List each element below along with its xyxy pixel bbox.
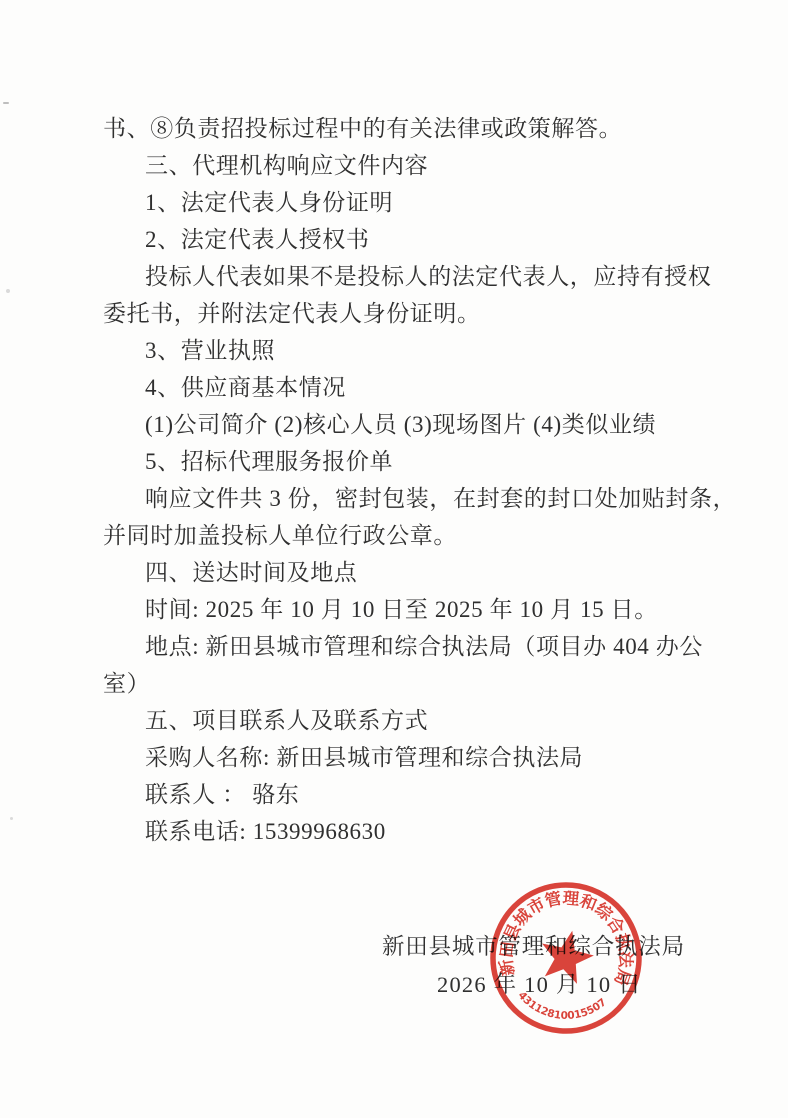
doc-line-contact-person: 联系人 ： 骆东	[103, 776, 715, 813]
doc-line: 2、法定代表人授权书	[103, 221, 715, 258]
doc-line: 3、营业执照	[103, 332, 715, 369]
doc-line-section-5: 五、项目联系人及联系方式	[103, 702, 715, 739]
doc-line: (1)公司简介 (2)核心人员 (3)现场图片 (4)类似业绩	[103, 406, 715, 443]
document-page: 书、⑧负责招投标过程中的有关法律或政策解答。 三、代理机构响应文件内容 1、法定…	[0, 0, 788, 1118]
scan-speck	[10, 817, 13, 820]
doc-line-purchaser: 采购人名称: 新田县城市管理和综合执法局	[103, 739, 715, 776]
doc-line: 投标人代表如果不是投标人的法定代表人，应持有授权	[103, 258, 715, 295]
seal-star-icon	[535, 925, 598, 986]
scan-speck	[3, 102, 9, 104]
scan-speck	[6, 289, 10, 293]
official-seal-icon: 新田县城市管理和综合执法局 43112810015507	[479, 871, 652, 1044]
document-body: 书、⑧负责招投标过程中的有关法律或政策解答。 三、代理机构响应文件内容 1、法定…	[103, 110, 715, 850]
doc-line: 委托书，并附法定代表人身份证明。	[103, 295, 715, 332]
doc-line-location: 地点: 新田县城市管理和综合执法局（项目办 404 办公	[103, 628, 715, 665]
doc-line: 并同时加盖投标人单位行政公章。	[103, 517, 715, 554]
doc-line: 室）	[103, 665, 715, 702]
doc-line: 5、招标代理服务报价单	[103, 443, 715, 480]
doc-line-section-4: 四、送达时间及地点	[103, 554, 715, 591]
doc-line: 1、法定代表人身份证明	[103, 184, 715, 221]
doc-line: 响应文件共 3 份，密封包装，在封套的封口处加贴封条，	[103, 480, 715, 517]
doc-line: 书、⑧负责招投标过程中的有关法律或政策解答。	[103, 110, 715, 147]
doc-line: 4、供应商基本情况	[103, 369, 715, 406]
doc-line-section-3: 三、代理机构响应文件内容	[103, 147, 715, 184]
doc-line-contact-phone: 联系电话: 15399968630	[103, 813, 715, 850]
doc-line-time: 时间: 2025 年 10 月 10 日至 2025 年 10 月 15 日。	[103, 591, 715, 628]
